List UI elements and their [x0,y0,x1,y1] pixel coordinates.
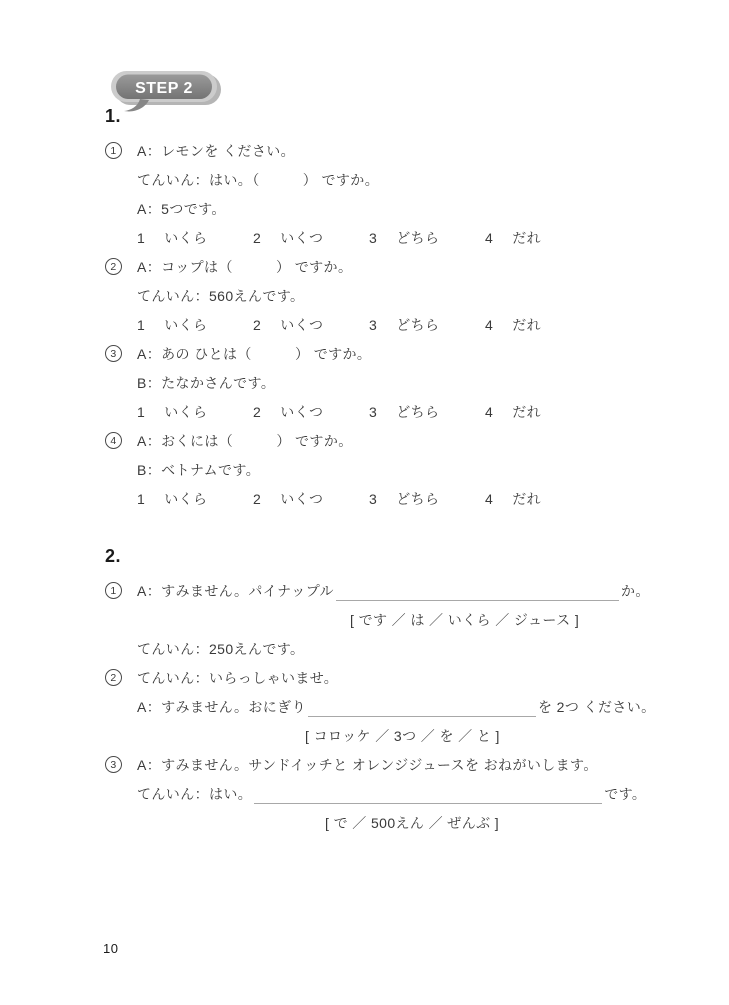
fill-in-blank-line [336,579,619,601]
question-number-badge: 3 [105,756,122,773]
dialogue-line: A：コップは（ ） ですか。 [137,257,352,277]
question-number-badge: 3 [105,345,122,362]
section-1-heading: 1. [105,106,675,128]
dialogue-line-post: です。 [604,784,646,804]
question-number-badge: 1 [105,142,122,159]
question-number-badge: 1 [105,582,122,599]
option-2: 2いくつ [253,228,369,248]
question-3: 3 A：すみません。サンドイッチと オレンジジュースを おねがいします。 てんい… [105,750,675,837]
option-3: 3どちら [369,315,485,335]
section-1: 1. 1 A：レモンを ください。 てんいん：はい。（ ） ですか。 A：5つで… [105,106,675,513]
question-2: 2 A：コップは（ ） ですか。 てんいん：560えんです。 1いくら 2いくつ… [105,252,675,339]
option-2: 2いくつ [253,489,369,509]
option-1: 1いくら [137,489,253,509]
question-number-badge: 2 [105,669,122,686]
dialogue-line: B：たなかさんです。 [137,373,275,393]
option-3: 3どちら [369,489,485,509]
dialogue-line: てんいん：560えんです。 [137,286,304,306]
step-badge-label: STEP 2 [135,80,193,97]
dialogue-line-pre: A：すみません。おにぎり [137,697,306,717]
dialogue-line: てんいん：いらっしゃいませ。 [137,668,338,688]
dialogue-line-pre: A：すみません。パイナップル [137,581,334,601]
answer-options: 1いくら 2いくつ 3どちら 4だれ [105,397,675,426]
option-2: 2いくつ [253,402,369,422]
fill-in-blank-line [254,782,602,804]
dialogue-line-post: を 2つ ください。 [538,697,656,717]
dialogue-line: B：ベトナムです。 [137,460,260,480]
section-2-heading: 2. [105,546,675,568]
option-3: 3どちら [369,228,485,248]
dialogue-line: A：5つです。 [137,199,226,219]
question-3: 3 A：あの ひとは（ ） ですか。 B：たなかさんです。 1いくら 2いくつ … [105,339,675,426]
option-1: 1いくら [137,315,253,335]
question-2: 2 てんいん：いらっしゃいませ。 A：すみません。おにぎり を 2つ ください。… [105,663,675,750]
option-4: 4だれ [485,402,541,422]
dialogue-line: A：レモンを ください。 [137,141,295,161]
section-2: 2. 1 A：すみません。パイナップル か。 [ です ／ は ／ いくら ／ … [105,546,675,837]
option-4: 4だれ [485,228,541,248]
word-bank: [ です ／ は ／ いくら ／ ジュース ] [350,610,579,630]
question-4: 4 A：おくには（ ） ですか。 B：ベトナムです。 1いくら 2いくつ 3どち… [105,426,675,513]
question-number-badge: 2 [105,258,122,275]
answer-options: 1いくら 2いくつ 3どちら 4だれ [105,310,675,339]
word-bank: [ で ／ 500えん ／ ぜんぶ ] [325,813,499,833]
question-1: 1 A：レモンを ください。 てんいん：はい。（ ） ですか。 A：5つです。 … [105,136,675,252]
dialogue-line: てんいん：250えんです。 [137,639,304,659]
dialogue-line: A：すみません。サンドイッチと オレンジジュースを おねがいします。 [137,755,598,775]
question-number-badge: 4 [105,432,122,449]
fill-in-blank-line [308,695,536,717]
page-number: 10 [103,941,118,956]
answer-options: 1いくら 2いくつ 3どちら 4だれ [105,484,675,513]
option-2: 2いくつ [253,315,369,335]
dialogue-line-pre: てんいん：はい。 [137,784,252,804]
option-3: 3どちら [369,402,485,422]
option-1: 1いくら [137,402,253,422]
dialogue-line: A：あの ひとは（ ） ですか。 [137,344,371,364]
question-1: 1 A：すみません。パイナップル か。 [ です ／ は ／ いくら ／ ジュー… [105,576,675,663]
dialogue-line: A：おくには（ ） ですか。 [137,431,353,451]
option-4: 4だれ [485,315,541,335]
word-bank: [ コロッケ ／ 3つ ／ を ／ と ] [305,726,500,746]
answer-options: 1いくら 2いくつ 3どちら 4だれ [105,223,675,252]
option-1: 1いくら [137,228,253,248]
option-4: 4だれ [485,489,541,509]
dialogue-line: てんいん：はい。（ ） ですか。 [137,170,379,190]
dialogue-line-post: か。 [621,581,650,601]
